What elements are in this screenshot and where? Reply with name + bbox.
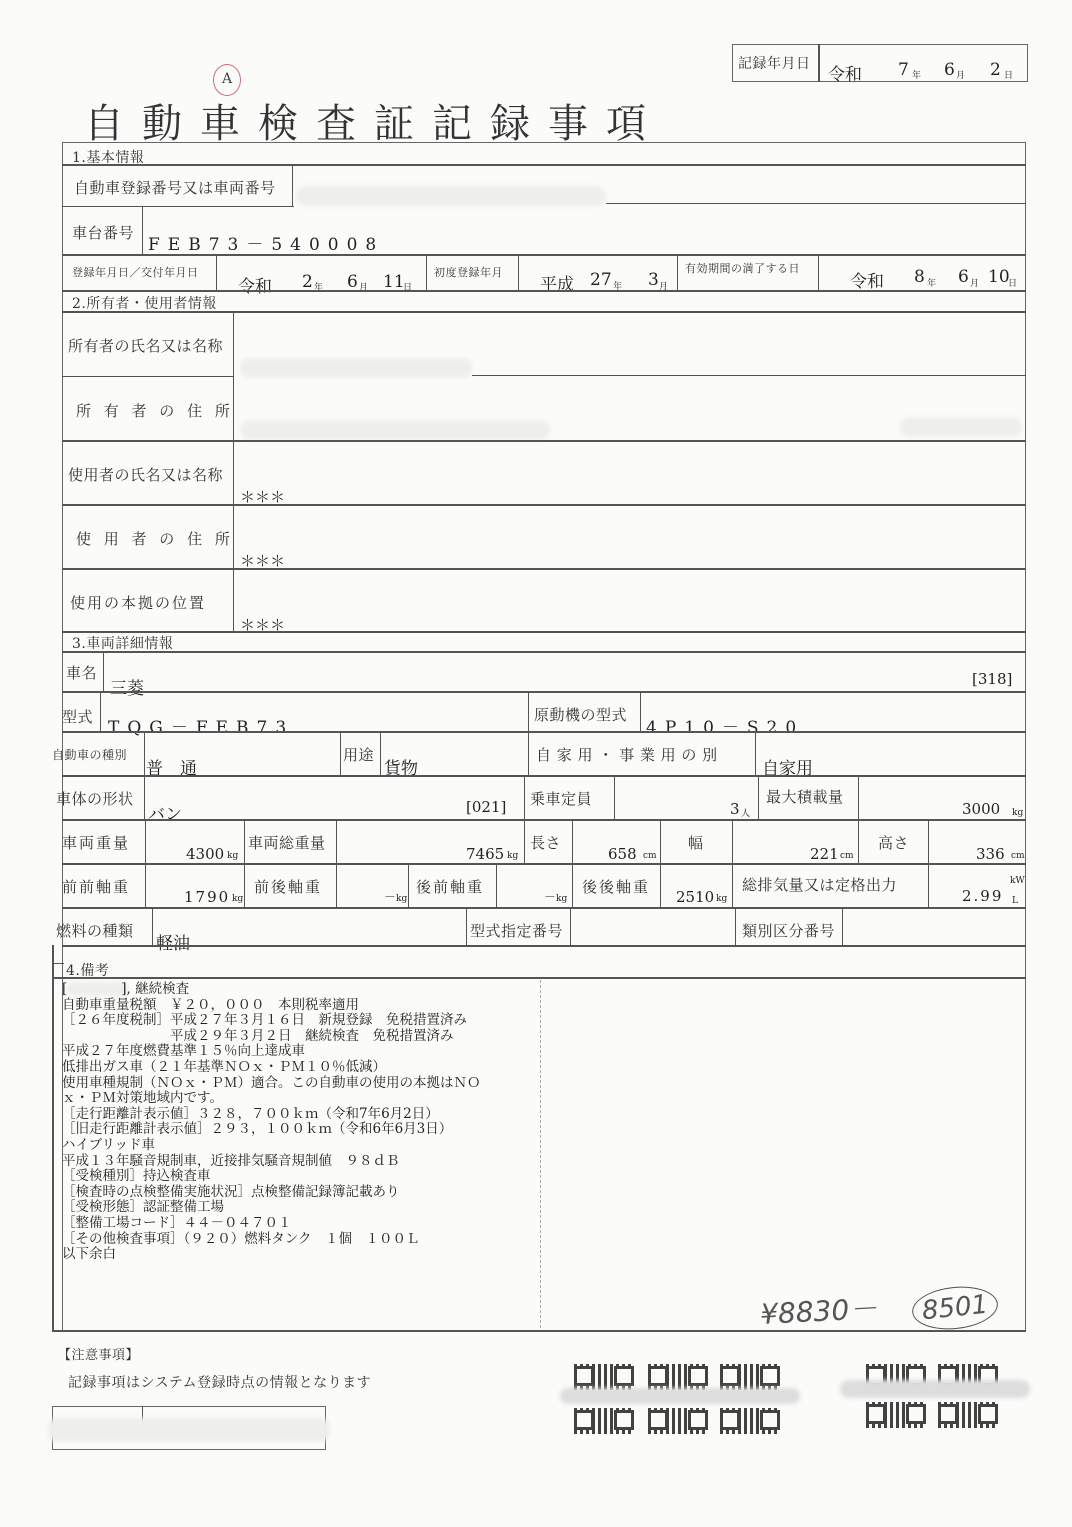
length-label: 長さ (530, 832, 561, 853)
fuel-label: 燃料の種類 (56, 920, 134, 941)
height-value: 336 (976, 845, 1005, 863)
section3-header: 3.車両詳細情報 (72, 633, 173, 653)
qr-code-9 (866, 1402, 926, 1428)
reg-date-year: 2 (302, 272, 313, 292)
qr-code-4 (574, 1408, 634, 1434)
redacted-reg-number (296, 186, 606, 206)
fuel-value: 軽油 (156, 929, 190, 954)
class-number-label: 類別区分番号 (742, 920, 835, 941)
rf-axle-value: － (544, 888, 556, 905)
first-reg-year: 27 (590, 270, 612, 290)
car-name-label: 車名 (66, 662, 97, 683)
expiry-year: 8 (914, 267, 925, 287)
handwritten-price: ¥8830－ (759, 1287, 878, 1333)
redacted-owner-address-extra (900, 417, 1022, 437)
max-load-value: 3000 (962, 800, 1000, 818)
record-date-year: 7 (898, 60, 909, 80)
private-business-label: 自 家 用 ・ 事 業 用 の 別 (536, 744, 718, 765)
width-label: 幅 (688, 832, 704, 853)
reg-number-label: 自動車登録番号又は車両番号 (74, 177, 276, 198)
redacted-owner-name (240, 358, 472, 378)
capacity-label: 乗車定員 (530, 788, 592, 809)
body-shape-code: [021] (466, 798, 506, 816)
record-date-day: 2 (990, 60, 1001, 80)
owner-name-label: 所有者の氏名又は名称 (68, 335, 223, 356)
base-location-label: 使用の本拠の位置 (70, 592, 206, 613)
notes-header: 【注意事項】 (58, 1344, 139, 1363)
expiry-label: 有効期間の満了する日 (685, 260, 800, 276)
engine-value: 4P10－S20 (646, 713, 804, 738)
body-shape-value: バン (148, 800, 182, 825)
record-date-label: 記録年月日 (738, 53, 811, 73)
chassis-label: 車台番号 (72, 222, 134, 243)
qr-code-6 (720, 1408, 780, 1434)
redacted-owner-address (240, 420, 550, 440)
reg-date-day: 11 (383, 272, 405, 292)
redacted-qr-band-1 (560, 1388, 800, 1404)
rr-axle-value: 2510 (676, 888, 714, 906)
qr-code-1 (574, 1364, 634, 1390)
body-shape-label: 車体の形状 (56, 788, 134, 809)
max-load-label: 最大積載量 (766, 786, 844, 807)
remarks-text: [ ], 継続検査 自動車重量税額 ￥２０，０００ 本則税率適用 ［２６年度税制… (62, 982, 481, 1263)
record-date-era: 令和 (828, 60, 862, 85)
redacted-footer (48, 1418, 330, 1442)
owner-address-label: 所 有 者 の 住 所 (76, 400, 234, 421)
model-label: 型式 (62, 706, 93, 727)
vehicle-type-label: 自動車の種別 (52, 746, 127, 763)
fr-axle-label: 前後軸重 (254, 876, 322, 897)
user-address-label: 使 用 者 の 住 所 (76, 528, 234, 549)
length-value: 658 (608, 845, 637, 863)
section2-header: 2.所有者・使用者情報 (72, 293, 217, 313)
reg-date-month: 6 (347, 272, 358, 292)
rr-axle-label: 後後軸重 (582, 876, 650, 897)
gross-weight-value: 7465 (466, 845, 504, 863)
qr-code-2 (648, 1364, 708, 1390)
rf-axle-label: 後前軸重 (416, 876, 484, 897)
car-name-code: [318] (972, 670, 1012, 688)
vehicle-weight-label: 車両重量 (62, 832, 130, 853)
page-title: 自動車検査証記録事項 (84, 92, 664, 149)
record-date-month: 6 (944, 60, 955, 80)
displacement-label: 総排気量又は定格出力 (742, 874, 897, 895)
first-reg-month: 3 (648, 270, 659, 290)
first-reg-label: 初度登録年月 (434, 264, 503, 280)
ff-axle-label: 前前軸重 (62, 876, 130, 897)
car-name-value: 三菱 (110, 674, 144, 699)
displacement-value: 2.99 (962, 887, 1003, 905)
expiry-day: 10 (988, 267, 1010, 287)
fr-axle-value: － (384, 888, 396, 905)
qr-code-5 (648, 1408, 708, 1434)
capacity-value: 3 (730, 800, 740, 818)
qr-code-3 (720, 1364, 780, 1390)
height-label: 高さ (878, 832, 909, 853)
vehicle-weight-value: 4300 (186, 845, 224, 863)
qr-code-10 (938, 1402, 998, 1428)
width-value: 221 (810, 845, 839, 863)
chassis-value: FEB73－540008 (148, 230, 384, 255)
gross-weight-label: 車両総重量 (248, 832, 326, 853)
user-name-label: 使用者の氏名又は名称 (68, 464, 223, 485)
model-value: TQG－FEB73 (108, 713, 294, 738)
notes-text: 記録事項はシステム登録時点の情報となります (68, 1372, 371, 1392)
use-label: 用途 (343, 744, 374, 765)
type-designation-label: 型式指定番号 (470, 920, 563, 941)
ff-axle-value: 1790 (184, 888, 230, 906)
expiry-month: 6 (958, 267, 969, 287)
engine-label: 原動機の型式 (534, 704, 627, 725)
reg-date-label: 登録年月日／交付年月日 (72, 264, 199, 280)
redacted-qr-band-2 (840, 1380, 1030, 1398)
